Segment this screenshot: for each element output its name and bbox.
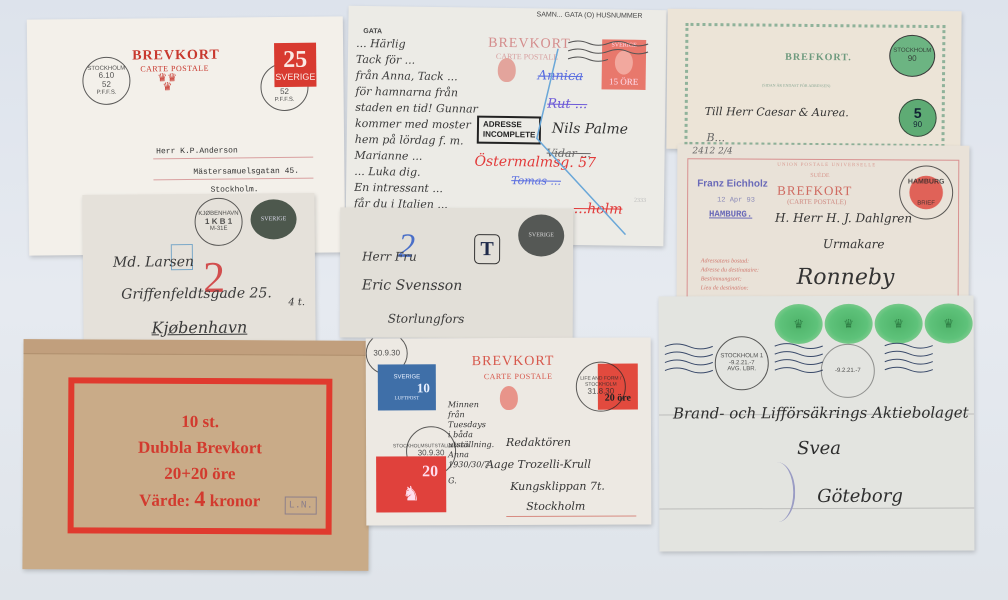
street-number-cancel: SAMN... GATA (O) HUSNUMMER (536, 10, 642, 20)
postage-due-card: T SVERIGE 2 Herr Fru Eric Svensson Storl… (340, 207, 574, 338)
sender-date: 12 Apr 93 (717, 196, 755, 204)
envelope-flap (24, 339, 370, 356)
brefkort-green-card: BREFKORT. (SIDAN ÄR ENDAST FÖR ADRESSEN)… (666, 9, 961, 152)
address-label: Lieu de destination: (701, 285, 749, 291)
violet-oval-mark (759, 462, 795, 522)
green-sverige-stamp-1: ♛ (775, 304, 823, 344)
card-small-print: (SIDAN ÄR ENDAST FÖR ADRESSEN) (762, 83, 830, 89)
life-and-form-postmark: LIFE AND FORM / STOCKHOLM 31.8.30 (576, 362, 626, 412)
address-line-1: Md. Larsen (113, 254, 194, 271)
address-line-1: Redaktören (506, 436, 571, 449)
address-line-1: H. Herr H. J. Dahlgren (775, 211, 912, 226)
dubbla-brevkort-envelope: 10 st. Dubbla Brevkort 20+20 öre Värde: … (22, 339, 369, 571)
card-title: BREFKORT (777, 183, 852, 199)
country-label: SUÈDE (810, 173, 829, 179)
address-line-1: Herr Fru (362, 250, 417, 264)
green-5-stamp: 5 90 (899, 99, 937, 137)
coat-of-arms-icon (500, 386, 518, 410)
coat-of-arms-icon (498, 58, 516, 82)
machine-cancel-wave-icon (665, 339, 975, 390)
green-sverige-stamp-3: ♛ (875, 304, 923, 344)
green-sverige-stamp-4: ♛ (925, 303, 973, 343)
card-title: BREVKORT (132, 48, 220, 65)
address-line-2: Svea (797, 438, 841, 459)
card-subtitle: (CARTE POSTALE) (787, 198, 846, 206)
envelope-line-1: 10 st. (74, 411, 326, 432)
card-title: BREFKORT. (785, 52, 852, 64)
address-line-3: 4 t. (288, 297, 305, 308)
green-sverige-stamp-2: ♛ (825, 304, 873, 344)
sender-city: HAMBURG. (709, 209, 752, 219)
address-rule (153, 157, 313, 160)
stamp-25-ore: 25 SVERIGE (274, 43, 316, 87)
envelope-line-3: 20+20 öre (74, 463, 326, 484)
address-line-2: Urmakare (823, 237, 885, 251)
message-text: ... Härlig Tack för ... från Anna, Tack … (354, 36, 486, 214)
address-rule (153, 178, 313, 181)
brevkort-1930-exhibition-card: BREVKORT CARTE POSTALE 30.9.30 SVERIGE 1… (366, 338, 652, 526)
address-line-3: Göteborg (817, 486, 903, 507)
address-line-1: Brand- och Lifförsäkrings Aktiebolaget (673, 403, 969, 422)
address-line-2: Eric Svensson (362, 278, 462, 295)
stockholm-machine-postmark-2: -9.2.21.-7 (821, 344, 875, 398)
airmail-10-ore-stamp: SVERIGE 10 LUFTPOST (378, 364, 436, 410)
address-line-3: Kungsklippan 7t. (510, 480, 605, 493)
control-handstamp: L.N. (285, 496, 317, 514)
brefkort-hamburg-card: 2412 2/4 UNION POSTALE UNIVERSELLE SUÈDE… (677, 144, 970, 301)
address-line-3: Storlungfors (388, 312, 465, 326)
stockholm-postmark: STOCKHOLM 6.10 52 P.F.F.S. (82, 57, 131, 106)
card-subtitle: CARTE POSTALE (484, 372, 553, 381)
three-crowns-icon: ♛♛♛ (157, 74, 177, 92)
address-line-2: Aage Trozelli-Krull (486, 458, 591, 471)
t-tax-handstamp: T (474, 234, 500, 264)
fold-line (659, 507, 974, 509)
address-line-2: Griffenfeldtsgade 25. (121, 285, 272, 302)
grey-green-sverige-stamp: SVERIGE (250, 199, 296, 239)
green-stamp-with-postmark: STOCKHOLM 90 (889, 35, 935, 77)
kjobenhavn-postmark: KJØBENHAVN 1 K B 1 M-31E (194, 198, 242, 246)
gustav-vasa-20-ore-stamp: 20 ♞ (376, 456, 446, 512)
address-line-1: Till Herr Caesar & Aurea. (705, 105, 849, 119)
address-label: Adressatens bostad: (701, 258, 749, 264)
address-rule (506, 516, 636, 517)
envelope-line-2: Dubbla Brevkort (74, 437, 326, 458)
address-line-2: Mästersamuelsgatan 45. (193, 167, 299, 177)
grey-sverige-stamp: SVERIGE (518, 214, 564, 256)
pencil-note: 2412 2/4 (692, 146, 732, 156)
address-line-1: Herr K.P.Anderson (156, 146, 238, 156)
upu-header: UNION POSTALE UNIVERSELLE (777, 163, 876, 169)
address-label: Bestimmungsort: (701, 276, 742, 282)
sender-handstamp: Franz Eichholz (697, 178, 768, 189)
kobenhavn-card: KJØBENHAVN 1 K B 1 M-31E SVERIGE Md. Lar… (82, 193, 315, 343)
address-line-2: B... (706, 131, 725, 144)
address-line-4: Kjøbenhavn (151, 318, 247, 338)
stockholm-machine-postmark: STOCKHOLM 1 -9.2.21.-7 AVG. LBR. (715, 336, 769, 390)
message-text: Minnen från Tuesdays i båda utställning.… (448, 400, 494, 486)
red-frame: 10 st. Dubbla Brevkort 20+20 öre Värde: … (68, 377, 333, 534)
address-line-3: Ronneby (797, 265, 895, 291)
svea-insurance-cover: ♛ ♛ ♛ ♛ STOCKHOLM 1 -9.2.21.-7 AVG. LBR.… (659, 295, 975, 551)
gata-cancel: GATA (363, 28, 382, 35)
address-line-4: Stockholm (526, 500, 585, 513)
card-title: BREVKORT (472, 354, 555, 370)
address-label: Adresse du destinataire: (701, 267, 759, 273)
